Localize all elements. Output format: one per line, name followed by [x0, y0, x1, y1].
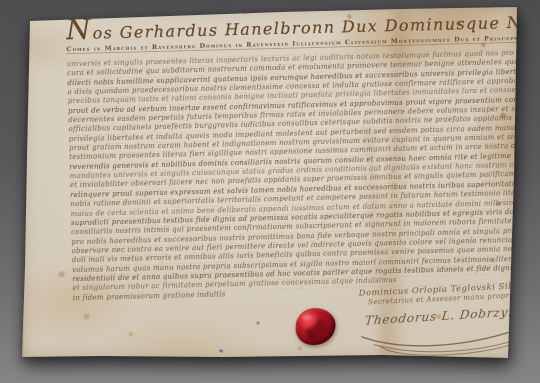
blue-ink-speck: [219, 349, 224, 353]
parchment-document: Nos Gerhardus Hanelbronn Dux Dominusque …: [22, 6, 518, 359]
parchment-shadow-wrap: Nos Gerhardus Hanelbronn Dux Dominusque …: [0, 0, 540, 383]
charter-body-lines: universis et singulis praesentes literas…: [67, 49, 525, 303]
photo-background: Nos Gerhardus Hanelbronn Dux Dominusque …: [0, 0, 540, 383]
red-wax-seal: [295, 308, 336, 346]
ink-dot: [256, 322, 259, 325]
signature-flourish: [355, 306, 540, 361]
charter-text-block: Nos Gerhardus Hanelbronn Dux Dominusque …: [66, 7, 526, 358]
blue-ink-speck-2: [523, 343, 527, 345]
